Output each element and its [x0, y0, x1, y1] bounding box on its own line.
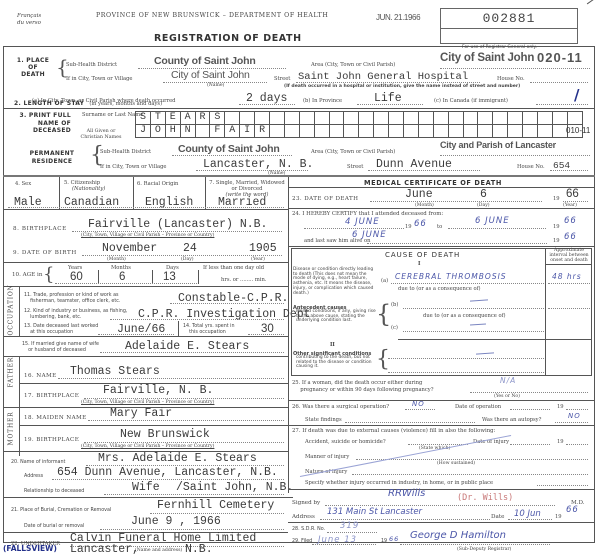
to-label: to: [437, 224, 442, 230]
father-side-label: FATHER: [8, 358, 15, 388]
attended-to: 6 JUNE: [475, 216, 510, 226]
attended-from: 4 JUNE: [345, 217, 380, 227]
total-years-value: 30: [261, 323, 274, 335]
residence-code: 010-11: [566, 126, 590, 135]
interval-line: [548, 308, 590, 309]
dob-month: November: [102, 242, 157, 255]
birthplace-caption: (City, Town, Village or Civil Parish – P…: [81, 233, 214, 238]
yes-no-caption: (Yes or No): [494, 394, 520, 399]
sdr-value: 319: [340, 521, 359, 531]
autopsy-line: [555, 422, 588, 423]
given-char: [330, 125, 345, 138]
res-area-label: Area (City, Town or Civil Parish): [311, 149, 395, 155]
father-name-line: [58, 378, 284, 379]
given-char: H: [166, 125, 181, 138]
surname-char: S: [136, 112, 151, 125]
mother-birthplace-value: New Brunswick: [120, 428, 210, 441]
surname-char: [553, 112, 568, 125]
autopsy-value: NO: [568, 412, 581, 420]
undertaker-address: Lancaster,: [70, 543, 139, 556]
manner-label: Manner of injury: [305, 454, 349, 460]
stay-canada-line: [536, 104, 588, 105]
pregnancy-line: [470, 392, 588, 393]
given-char: [359, 125, 374, 138]
dod-year: 66: [566, 188, 579, 200]
surname-char: [508, 112, 523, 125]
cause-b-marker: (b): [391, 302, 398, 308]
name-of-deceased-label: 3. PRINT FULLNAME OFDECEASED: [11, 112, 71, 135]
cause-c-line: [403, 331, 544, 332]
divider: [3, 108, 595, 109]
divider: [545, 264, 592, 265]
death-subhealth-label: Sub-Health District: [66, 62, 117, 68]
divider: [205, 177, 206, 209]
divider: [178, 321, 179, 336]
surname-char: [330, 112, 345, 125]
mother-side-label: MOTHER: [8, 416, 15, 446]
given-char: [196, 125, 211, 138]
relationship-value: Wife: [132, 481, 160, 494]
other-line-2: [388, 372, 544, 373]
surname-char: T: [151, 112, 166, 125]
father-birthplace-value: Fairville, N. B.: [103, 384, 213, 397]
death-street-label: Street: [274, 76, 290, 82]
year-prefix: 19: [553, 224, 560, 230]
divider: [3, 262, 288, 263]
res-street-label: Street: [347, 164, 363, 170]
how-sustained-caption: (How sustained): [437, 461, 475, 466]
divider: [19, 286, 20, 336]
informant-address-value: 654 Dunn Avenue, Lancaster, N.B.: [57, 466, 278, 479]
operation-year-line: [566, 409, 588, 410]
findings-label: State findings: [305, 417, 342, 423]
brace-icon: {: [43, 264, 54, 285]
operation-label: 26. Was there a surgical operation?: [292, 404, 389, 410]
given-char: [478, 125, 493, 138]
registration-number: 002881: [441, 11, 577, 26]
divider: [3, 209, 288, 210]
sign-date-label: Date: [491, 514, 504, 520]
given-char: [374, 125, 389, 138]
divider: [133, 177, 134, 209]
citizenship-label: 5. Citizenship (Nationality): [64, 180, 105, 192]
divider: [3, 286, 288, 287]
given-char: [270, 125, 285, 138]
given-char: [538, 125, 553, 138]
surname-char: [285, 112, 300, 125]
res-house-value: 654: [553, 160, 570, 171]
surname-char: [270, 112, 285, 125]
dob-day: 24: [183, 242, 197, 255]
informant-label: 20. Name of informant: [11, 460, 65, 465]
mother-birthplace-caption: (City, Town, Village or Civil Parish – P…: [81, 444, 214, 449]
registrar-line: [400, 544, 550, 545]
mother-birthplace-label: 19. BIRTHPLACE: [24, 437, 79, 443]
father-birthplace-label: 17. BIRTHPLACE: [24, 393, 79, 399]
injury-date-line: [510, 444, 550, 445]
given-char: [389, 125, 404, 138]
burial-date-label: Date of burial or removal: [24, 524, 84, 529]
area-code: 020-11: [537, 50, 583, 65]
res-area-line: [440, 155, 590, 156]
part-one-label: I: [418, 261, 420, 267]
divider: [288, 187, 595, 188]
total-years-label: 14. Total yrs. spent in this occupation: [183, 324, 235, 336]
birthplace-value: Fairville (Lancaster) N.B.: [88, 218, 267, 231]
cause-b-line: [403, 308, 544, 309]
death-area-line: [440, 68, 590, 69]
hrs-min-label: hrs. or ........ min.: [221, 277, 266, 283]
undertaker-province: N.B.: [185, 543, 213, 556]
given-char: N: [181, 125, 196, 138]
surname-char: [568, 112, 583, 125]
relationship-line: [104, 494, 284, 495]
interval-column-divider: [545, 248, 546, 376]
divider: [288, 425, 595, 426]
death-house-line: [530, 82, 588, 83]
given-char: [419, 125, 434, 138]
hospital-note: (If death occurred in a hospital or inst…: [284, 84, 520, 89]
burial-place-line: [150, 513, 284, 514]
external-label: 27. If death was due to external causes …: [292, 428, 495, 434]
year-prefix: 19: [557, 439, 564, 445]
age-label: 10. AGE in: [12, 272, 42, 278]
pregnancy-label: 25. If a woman, did the death occur eith…: [292, 380, 434, 394]
age-days: 13: [163, 271, 176, 283]
interval-header: Approximate interval between onset and d…: [547, 249, 591, 263]
divider: [3, 356, 288, 357]
operation-date-line: [510, 409, 550, 410]
sign-address-value: 131 Main St Lancaster: [327, 507, 422, 517]
res-house-label: House No.: [517, 164, 545, 170]
undertaker-handwritten-note: (FALLSVIEW): [3, 544, 57, 553]
registrar-caption: (Sub-Deputy Registrar): [457, 547, 511, 552]
surname-char: [300, 112, 315, 125]
divider: [288, 246, 595, 247]
surname-char: [464, 112, 479, 125]
signed-by-label: Signed by: [292, 500, 320, 506]
given-char: [449, 125, 464, 138]
autopsy-label: Was there an autopsy?: [482, 417, 541, 423]
doctor-printed-name: (Dr. Wills): [457, 493, 513, 503]
operation-date-label: Date of operation: [455, 404, 501, 410]
surname-char: [478, 112, 493, 125]
divider: [59, 177, 60, 209]
father-name-value: Thomas Stears: [70, 365, 160, 378]
other-conditions-label: contributing to the death, but not relat…: [296, 356, 378, 370]
given-char: R: [255, 125, 270, 138]
given-char: I: [240, 125, 255, 138]
informant-address-line: [52, 479, 284, 480]
age-months: 6: [119, 271, 125, 283]
brace-icon: {: [376, 349, 390, 371]
surname-char: [404, 112, 419, 125]
res-area-value: City and Parish of Lancaster: [440, 140, 556, 150]
death-city-label: If in City, Town or Village: [66, 76, 133, 82]
dob-label: 9. DATE OF BIRTH: [13, 250, 77, 256]
value-line: [8, 207, 284, 208]
given-char: [300, 125, 315, 138]
divider: [398, 339, 592, 340]
year-prefix: 19: [405, 224, 412, 230]
dod-year-line: [563, 201, 588, 202]
surname-char: [374, 112, 389, 125]
surname-char: [315, 112, 330, 125]
antecedent-label: Morbid conditions, if any, giving rise t…: [296, 310, 378, 324]
given-char: [523, 125, 538, 138]
given-char: [315, 125, 330, 138]
last-worked-value: June/66: [117, 323, 165, 336]
year-prefix: 19: [557, 404, 564, 410]
surname-char: A: [181, 112, 196, 125]
other-line-1: [388, 358, 544, 359]
given-char: F: [210, 125, 225, 138]
cause-c-marker: (c): [391, 325, 398, 331]
divider: [3, 336, 288, 337]
res-subhealth-line: [172, 155, 292, 156]
surname-char: [344, 112, 359, 125]
last-worked-label: 13. Date deceased last worked at this oc…: [24, 324, 98, 336]
cause-a-value: CEREBRAL THROMBOSIS: [395, 272, 507, 281]
given-char: A: [225, 125, 240, 138]
spouse-value: Adelaide E. Stears: [125, 340, 249, 353]
divider: [198, 270, 199, 284]
direct-cause-label: Disease or condition directly leading to…: [293, 268, 377, 296]
sign-address-label: Address: [292, 514, 315, 520]
age-line: [55, 283, 197, 284]
due-to-label: due to (or as a consequence of): [398, 286, 481, 292]
father-name-label: 16. NAME: [24, 373, 57, 379]
industry-value: C.P.R. Investigation Dept: [138, 308, 311, 321]
stay-province-value: Life: [374, 92, 402, 105]
specify-line: [537, 485, 588, 486]
dod-line: [370, 201, 542, 202]
father-birthplace-line: [84, 398, 284, 399]
cause-a-interval: 48 hrs: [552, 272, 582, 281]
given-char: [404, 125, 419, 138]
burial-date-line: [100, 529, 284, 530]
registration-number-box: 002881: [440, 8, 578, 44]
sex-label: 4. Sex: [15, 181, 31, 187]
sdr-line: [327, 532, 377, 533]
given-char: [434, 125, 449, 138]
surname-grid: S T E A R S J O H N F A I R: [135, 111, 583, 138]
given-char: [285, 125, 300, 138]
sign-year-value: 66: [566, 505, 579, 515]
less-than-day-label: If less than one day old: [203, 265, 264, 271]
last-saw-line: [367, 243, 547, 244]
surname-char: [523, 112, 538, 125]
given-char: [344, 125, 359, 138]
surname-char: [225, 112, 240, 125]
informant-value: Mrs. Adelaide E. Stears: [98, 452, 257, 465]
surname-char: E: [166, 112, 181, 125]
due-to-label: due to (or as a consequence of): [423, 313, 506, 319]
burial-place-value: Fernhill Cemetery: [157, 499, 274, 512]
death-subhealth-value: County of Saint John: [154, 55, 256, 67]
divider: [3, 175, 595, 177]
part-two-label: II: [330, 342, 335, 348]
given-char: O: [151, 125, 166, 138]
cause-a-marker: (a): [381, 278, 388, 284]
father-birthplace-caption: (City, Town, Village or Civil Parish – P…: [81, 400, 214, 405]
filed-year: 66: [389, 535, 399, 543]
filed-year-prefix: 19: [381, 539, 387, 544]
last-saw-value: 6 JUNE: [352, 230, 387, 240]
surname-char: [434, 112, 449, 125]
cause-heading: CAUSE OF DEATH: [385, 251, 460, 259]
surname-char: [449, 112, 464, 125]
operation-value: NO: [412, 400, 425, 408]
last-saw-year: 66: [564, 232, 577, 242]
year-prefix: 19: [555, 514, 562, 520]
trade-label: 11. Trade, profession or kind of work as…: [24, 293, 120, 305]
received-stamp: JUN. 21.1966: [376, 13, 420, 22]
mother-maiden-line: [88, 420, 284, 421]
surname-char: [255, 112, 270, 125]
relationship-extra: /Saint John, N.B.: [176, 481, 293, 494]
column-divider: [288, 177, 289, 493]
surname-char: [240, 112, 255, 125]
divider: [98, 270, 99, 284]
mother-birthplace-line: [84, 442, 284, 443]
death-area-label: Area (City, Town or Civil Parish): [311, 62, 395, 68]
divider: [288, 522, 595, 523]
form-title: REGISTRATION OF DEATH: [154, 33, 302, 44]
nature-line: [352, 474, 588, 475]
province-line: PROVINCE OF NEW BRUNSWICK – DEPARTMENT O…: [96, 12, 328, 19]
divider: [288, 489, 595, 490]
corner-tick: [587, 0, 597, 4]
res-city-label: If in City, Town or Village: [100, 164, 167, 170]
pregnancy-value: N/A: [500, 376, 516, 385]
given-char: [464, 125, 479, 138]
divider: [19, 356, 20, 456]
doctor-signature: RRWills: [388, 488, 425, 499]
dod-year-prefix: 19: [553, 196, 560, 202]
divider: [152, 270, 153, 284]
death-name-caption: (Name): [207, 83, 224, 88]
mother-maiden-value: Mary Fair: [110, 407, 172, 420]
permanent-residence-label: PERMANENTRESIDENCE: [26, 150, 78, 166]
informant-address-label: Address: [24, 474, 43, 479]
attended-from-line: [304, 228, 404, 229]
stay-canada-label: (c) In Canada (if immigrant): [434, 98, 508, 104]
divider: [288, 400, 595, 401]
year-prefix: 19: [553, 238, 560, 244]
surname-char: [538, 112, 553, 125]
sign-date-value: 10 Jun: [514, 509, 541, 519]
attended-to-year: 66: [564, 216, 577, 226]
given-names-label: All Given or Christian Names: [76, 129, 126, 140]
res-subhealth-value: County of Saint John: [178, 143, 280, 155]
racial-origin-label: 6. Racial Origin: [137, 181, 178, 187]
french-note: Français du verso: [17, 13, 41, 27]
dod-month: June: [405, 188, 433, 201]
stay-canada-value: /: [574, 86, 579, 104]
surname-char: R: [196, 112, 211, 125]
stay-city-label: (a) In City, Town, or Civil Parish where…: [32, 98, 176, 104]
name-address-caption: (Name and address): [135, 548, 182, 553]
occupation-side-label: OCCUPATION: [8, 286, 15, 336]
brace-icon: {: [376, 302, 391, 326]
place-of-death-label: 1. PLACEOFDEATH: [11, 57, 55, 78]
registrar-signature: George D Hamilton: [410, 530, 506, 541]
surname-char: [493, 112, 508, 125]
filed-value: June 13: [318, 535, 357, 545]
divider: [288, 208, 595, 209]
sign-date-line: [508, 519, 552, 520]
dod-day: 6: [480, 188, 487, 201]
surname-label: Surname or Last Name: [82, 112, 122, 118]
cause-a-line: [391, 283, 544, 284]
burial-place-label: 21. Place of Burial, Cremation or Remova…: [11, 508, 111, 513]
surname-char: S: [210, 112, 225, 125]
burial-date-value: June 9 , 1966: [131, 515, 221, 528]
filed-label: 29. Filed: [292, 539, 312, 544]
death-city-value: City of Saint John: [171, 69, 250, 81]
birthplace-label: 8. BIRTHPLACE: [13, 226, 67, 232]
res-city-value: Lancaster, N. B.: [203, 158, 313, 171]
stay-city-value: 2 days: [246, 92, 287, 105]
operation-line: [405, 409, 435, 410]
res-subhealth-label: Sub-Health District: [100, 149, 151, 155]
dob-line: [82, 255, 282, 256]
dod-label: 23. DATE OF DEATH: [292, 196, 358, 202]
trade-value: Constable-C.P.R.: [178, 292, 288, 305]
surname-char: [419, 112, 434, 125]
given-char: [508, 125, 523, 138]
medical-heading: MEDICAL CERTIFICATE OF DEATH: [364, 179, 502, 187]
attended-from-year: 66: [414, 219, 427, 229]
given-char: J: [136, 125, 151, 138]
attended-to-line: [448, 228, 546, 229]
dob-year: 1905: [249, 242, 277, 255]
stay-province-label: (b) In Province: [303, 98, 342, 104]
specify-label: Specify whether injury occurred in indus…: [305, 480, 493, 486]
spouse-label: 15. If married give name of wife or husb…: [22, 342, 99, 354]
signed-by-line: [325, 505, 555, 506]
sign-address-line: [320, 519, 490, 520]
birthplace-line: [72, 231, 282, 232]
death-area-value: City of Saint John: [440, 52, 534, 64]
given-char: [493, 125, 508, 138]
injury-year-line: [566, 444, 588, 445]
sdr-label: 28. S.D.R. No.: [292, 527, 325, 532]
res-street-value: Dunn Avenue: [376, 158, 452, 171]
mother-maiden-label: 18. MAIDEN NAME: [24, 415, 87, 421]
age-years: 60: [70, 271, 83, 283]
relationship-label: Relationship to deceased: [24, 489, 84, 494]
findings-line: [345, 422, 475, 423]
interval-line: [548, 283, 590, 284]
accident-label: Accident, suicide or homicide?: [305, 439, 386, 445]
death-street-value: Saint John General Hospital: [298, 71, 468, 83]
death-house-label: House No.: [497, 76, 525, 82]
surname-char: [359, 112, 374, 125]
divider: [3, 497, 293, 498]
registrar-note: For use of Registrar General only.: [462, 45, 537, 50]
surname-char: [389, 112, 404, 125]
divider: [19, 425, 288, 426]
